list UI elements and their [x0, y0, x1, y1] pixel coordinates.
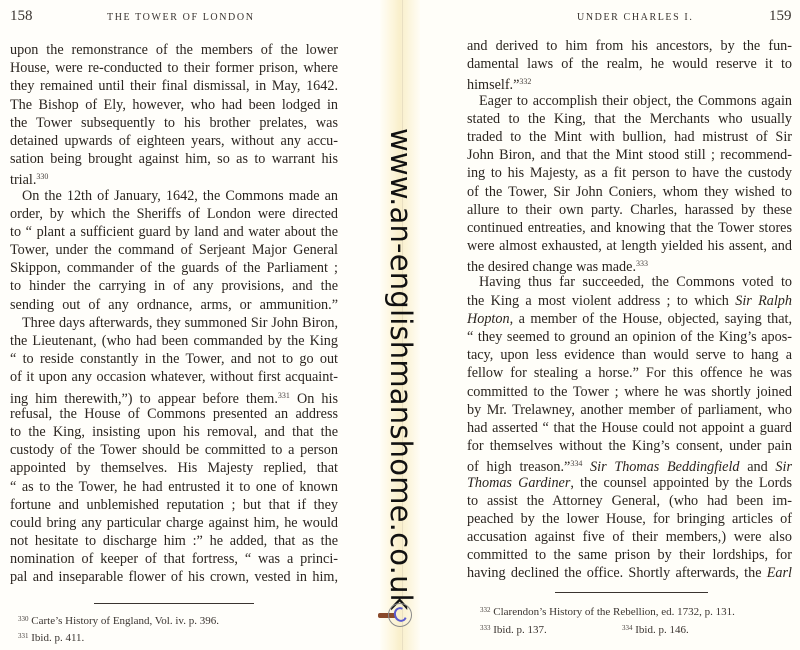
- text-line: tacy, upon less evidence than would serv…: [467, 346, 792, 364]
- footnote-331: 331 Ibid. p. 411.: [18, 632, 84, 644]
- text-line: himself.”332: [467, 73, 792, 91]
- text-line: for themselves without the King’s consen…: [467, 437, 792, 455]
- text-line: were almost exhausted, at length yielded…: [467, 237, 792, 255]
- right-running-head: UNDER CHARLES I.: [577, 12, 693, 23]
- footnote-333: 333 Ibid. p. 137.: [480, 624, 547, 636]
- text-line: Skippon, commander of the guards of the …: [10, 259, 338, 277]
- text-line: committed to the Tower ; where he was sh…: [467, 383, 792, 401]
- text-line: Eager to accomplish their object, the Co…: [467, 92, 792, 110]
- text-line: continued entreaties, and knowing that t…: [467, 219, 792, 237]
- footnote-330: 330 Carte’s History of England, Vol. iv.…: [18, 615, 219, 627]
- text-line: “ to reside constantly in the Tower, and…: [10, 350, 338, 368]
- text-line: to “ plant a sufficient guard by land an…: [10, 223, 338, 241]
- footnote-ref: 334: [570, 459, 582, 468]
- footnote-ref: 332: [519, 77, 531, 86]
- right-footnote-rule: [555, 592, 708, 593]
- text-line: The Bishop of Ely, however, who had been…: [10, 96, 338, 114]
- text-line: by Mr. Trelawney, another member of parl…: [467, 401, 792, 419]
- footnote-number: 333: [480, 624, 491, 632]
- footnote-text: Clarendon’s History of the Rebellion, ed…: [493, 606, 735, 618]
- text-line: upon the remonstrance of the members of …: [10, 41, 338, 59]
- watermark-url: www.an-englishmanshome.co.uk: [386, 128, 416, 588]
- text-line: On the 12th of January, 1642, the Common…: [10, 187, 338, 205]
- text-line: order, by which the Sheriffs of London w…: [10, 205, 338, 223]
- text-line: traded to the Mint with bullion, had mis…: [467, 128, 792, 146]
- footnote-number: 331: [18, 632, 29, 640]
- text-line: Tower, under the command of Serjeant Maj…: [10, 241, 338, 259]
- footnote-ref: 333: [636, 259, 648, 268]
- text-line: Having thus far succeeded, the Commons v…: [467, 273, 792, 291]
- text-line: to assist the Attorney General, (who had…: [467, 492, 792, 510]
- text-line: custody of the Tower should be committed…: [10, 441, 338, 459]
- text-line: they remained until their final dismissa…: [10, 77, 338, 95]
- right-body-text: and derived to him from his ancestors, b…: [467, 37, 792, 583]
- text-line: detained upwards of eighteen years, with…: [10, 132, 338, 150]
- text-line: refusal, the House of Commons presented …: [10, 405, 338, 423]
- right-page-number: 159: [769, 8, 792, 25]
- footnote-ref: 331: [278, 391, 290, 400]
- text-line: trial.330: [10, 168, 338, 186]
- text-line: to hinder the carrying in of any provisi…: [10, 277, 338, 295]
- text-line: the Tower subsequently to his brother pr…: [10, 114, 338, 132]
- text-line: appointed by themselves. His Majesty rep…: [10, 459, 338, 477]
- footnote-text: Carte’s History of England, Vol. iv. p. …: [31, 615, 219, 627]
- footnote-332: 332 Clarendon’s History of the Rebellion…: [480, 606, 735, 618]
- left-footnote-rule: [94, 603, 254, 604]
- text-line: the Lieutenant, (who had been commanded …: [10, 332, 338, 350]
- text-line: peached by the lower House, for bringing…: [467, 510, 792, 528]
- text-line: not hesitate to discharge him :” he adde…: [10, 532, 338, 550]
- footnote-text: Ibid. p. 146.: [635, 624, 688, 636]
- text-line: of it upon any occasion whatever, withou…: [10, 368, 338, 386]
- text-line: pal and inseparable flower of his crown,…: [10, 568, 338, 586]
- footnote-number: 332: [480, 606, 491, 614]
- text-line: the King a most violent address ; to whi…: [467, 292, 792, 310]
- text-line: of high treason.”334 Sir Thomas Beddingf…: [467, 455, 792, 473]
- text-line: Thomas Gardiner, the counsel appointed b…: [467, 474, 792, 492]
- text-line: House, were re-conducted to their former…: [10, 59, 338, 77]
- text-line: sation being brought against him, so as …: [10, 150, 338, 168]
- text-line: could bring any particular charge agains…: [10, 514, 338, 532]
- text-line: John Biron, and that the Mint stood stil…: [467, 146, 792, 164]
- text-line: had asserted “ that the House could not …: [467, 419, 792, 437]
- footnote-text: Ibid. p. 137.: [493, 624, 546, 636]
- text-line: committed to the same prison by their lo…: [467, 546, 792, 564]
- text-line: nomination of keeper of that fortress, “…: [10, 550, 338, 568]
- site-logo-icon: [388, 603, 412, 627]
- text-line: to the King, insisting upon his removal,…: [10, 423, 338, 441]
- text-line: fellow for stealing a horse.” For this o…: [467, 364, 792, 382]
- text-line: damental laws of the realm, he would res…: [467, 55, 792, 73]
- text-line: fortune and unblemished reputation ; but…: [10, 496, 338, 514]
- text-line: and derived to him from his ancestors, b…: [467, 37, 792, 55]
- text-line: sending out of any ordnance, arms, or am…: [10, 296, 338, 314]
- text-line: Three days afterwards, they summoned Sir…: [10, 314, 338, 332]
- text-line: accusation against five of their members…: [467, 528, 792, 546]
- text-line: the desired change was made.333: [467, 255, 792, 273]
- footnote-334: 334 Ibid. p. 146.: [622, 624, 689, 636]
- left-body-text: upon the remonstrance of the members of …: [10, 41, 338, 587]
- footnote-number: 330: [18, 615, 29, 623]
- text-line: having declined the office. Shortly afte…: [467, 564, 792, 582]
- footnote-ref: 330: [36, 172, 48, 181]
- text-line: ing him therewith,”) to appear before th…: [10, 387, 338, 405]
- text-line: allure to their own party. Charles, hara…: [467, 201, 792, 219]
- left-page-number: 158: [10, 8, 33, 25]
- logo-crescent-icon: [392, 605, 409, 624]
- text-line: Hopton, a member of the House, objected,…: [467, 310, 792, 328]
- text-line: ing to his Majesty, as a fit person to h…: [467, 164, 792, 182]
- footnote-text: Ibid. p. 411.: [31, 632, 84, 644]
- text-line: “ they seemed to ground an opinion of th…: [467, 328, 792, 346]
- footnote-number: 334: [622, 624, 633, 632]
- left-running-head: THE TOWER OF LONDON: [107, 12, 255, 23]
- text-line: of the Tower, Sir John Coniers, whom the…: [467, 183, 792, 201]
- text-line: “ as to the Tower, he had entrusted it t…: [10, 478, 338, 496]
- text-line: stated to the King, that the Merchants w…: [467, 110, 792, 128]
